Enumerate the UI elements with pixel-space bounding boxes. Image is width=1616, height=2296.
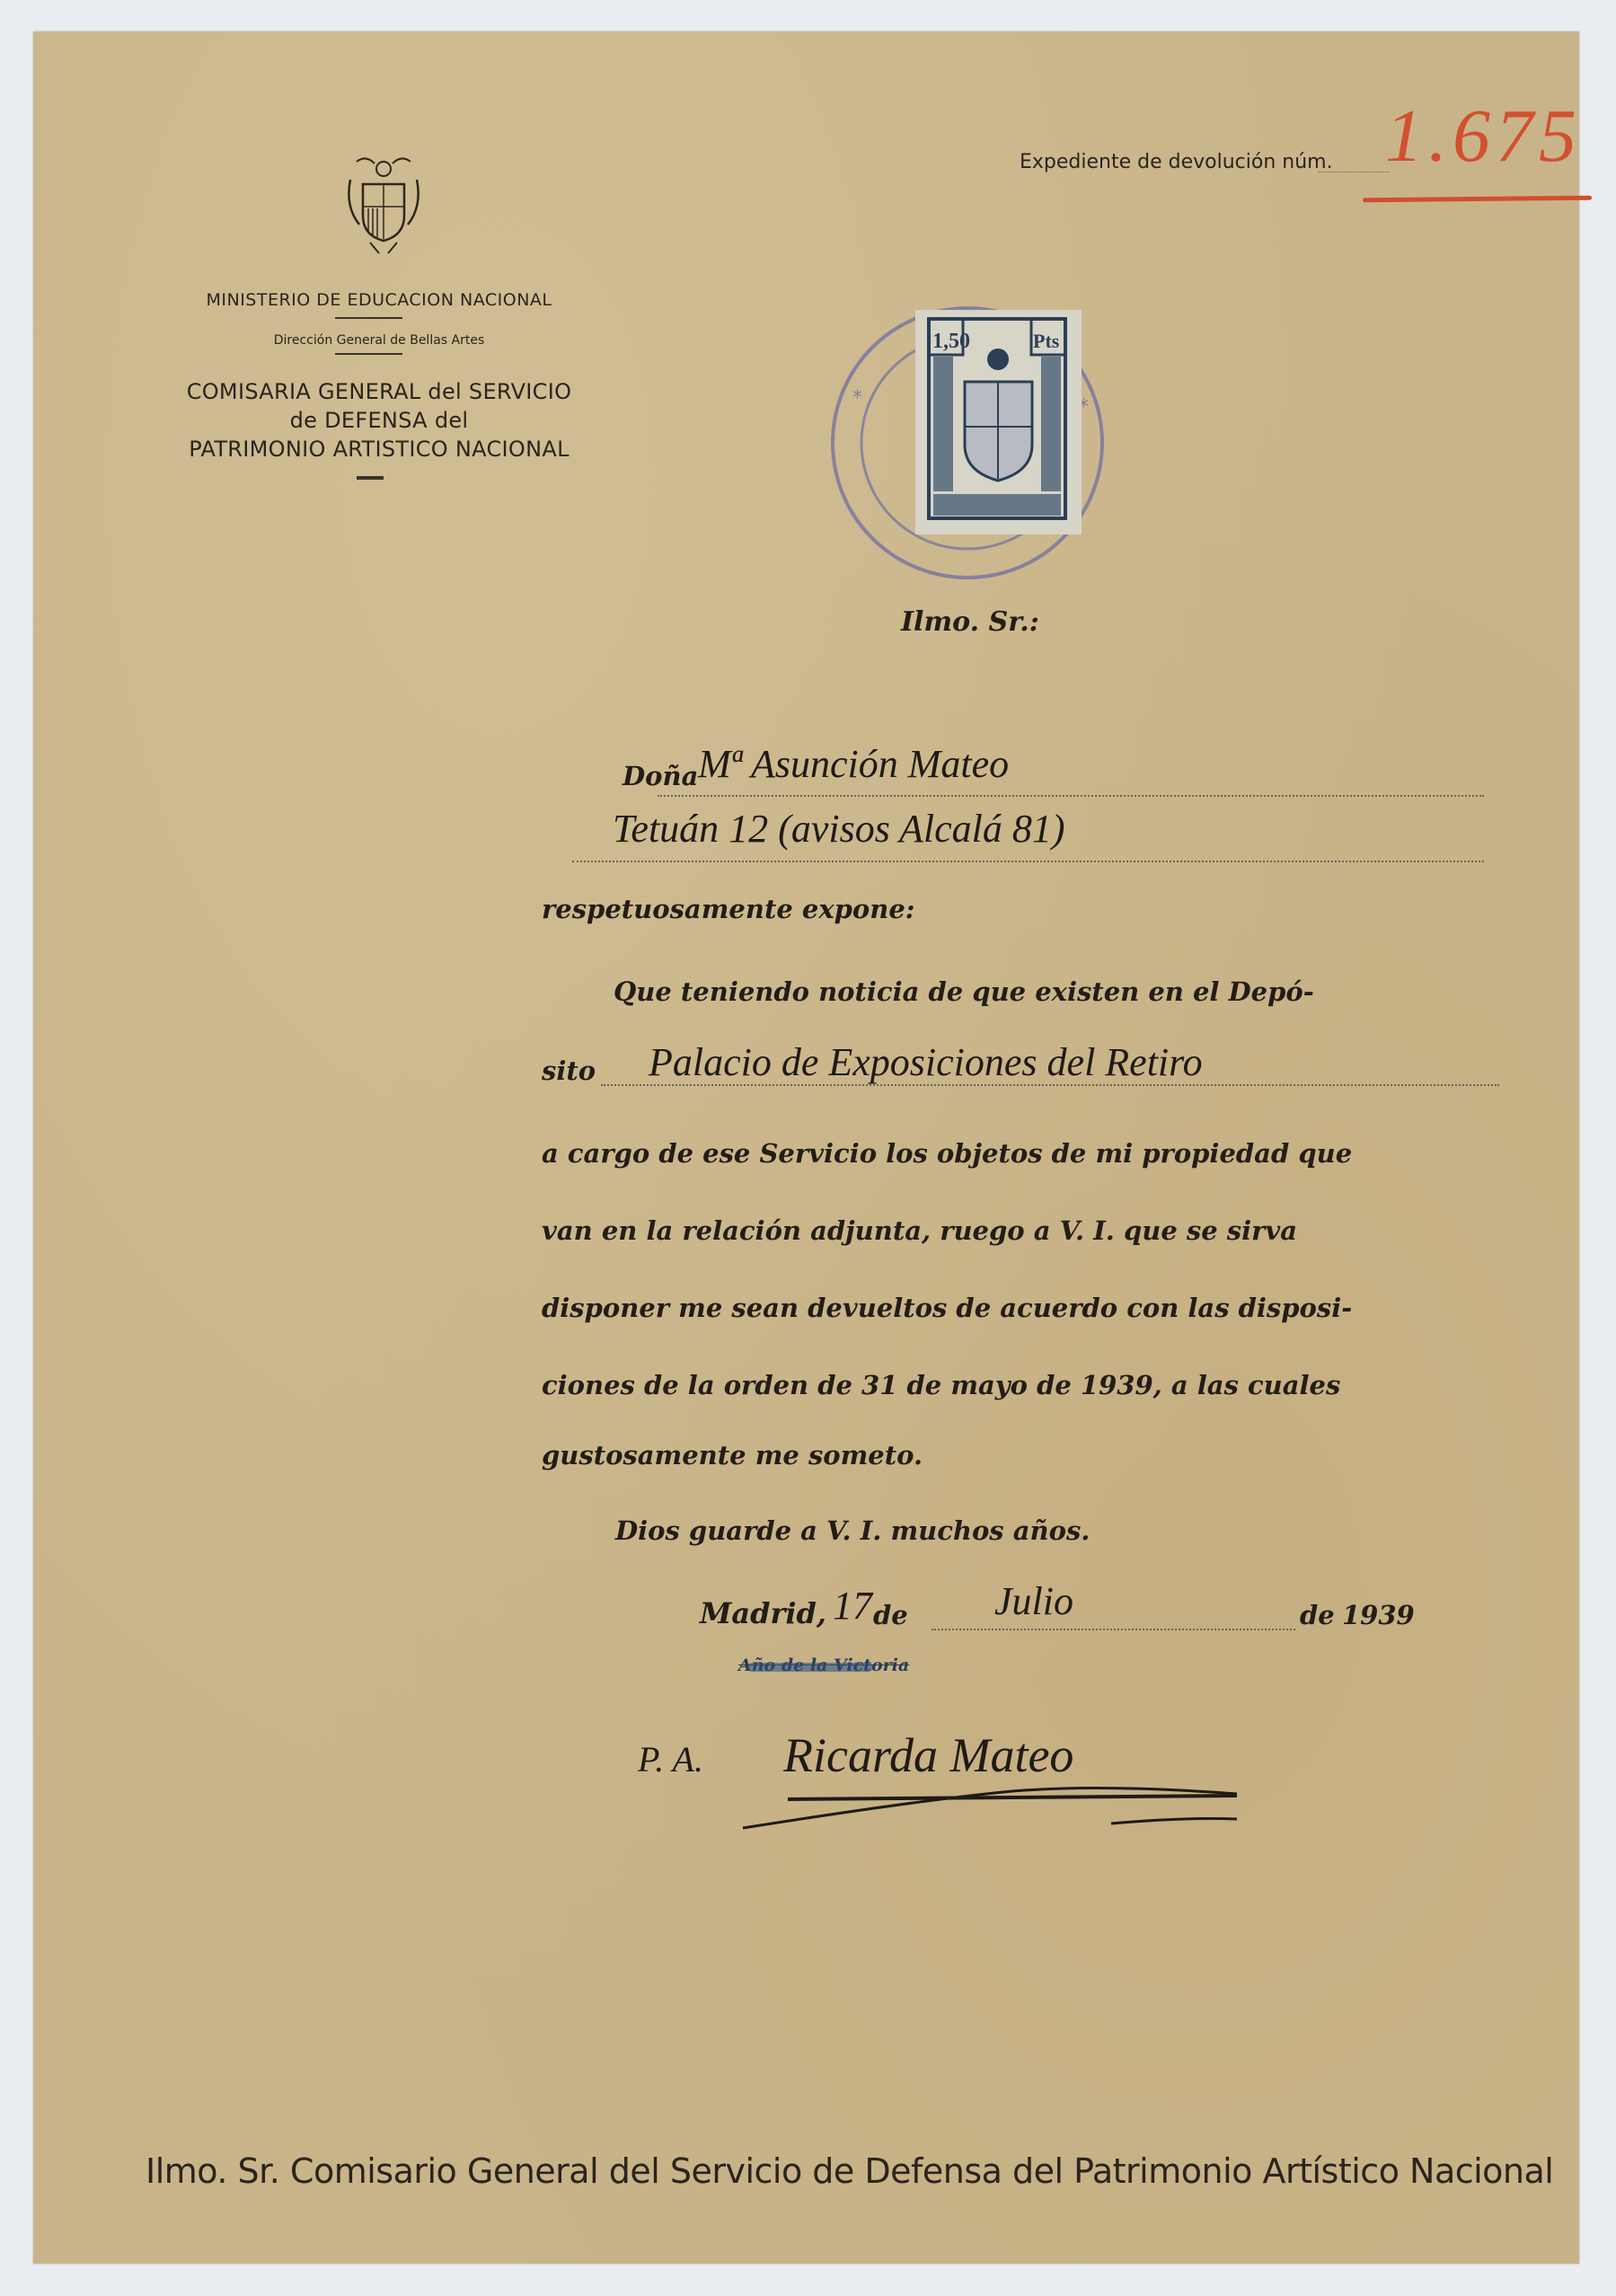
body-line-4: disponer me sean devueltos de acuerdo co… [542, 1293, 1352, 1323]
month-leader [932, 1629, 1295, 1630]
date-year: 1939 [1342, 1600, 1415, 1630]
commission-line-1: COMISARIA GENERAL del SERVICIO [168, 377, 590, 406]
divider [357, 476, 384, 480]
commission-heading: COMISARIA GENERAL del SERVICIO de DEFENS… [168, 377, 590, 464]
intro-text: respetuosamente expone: [542, 894, 915, 924]
applicant-prefix: Doña [623, 761, 698, 791]
deposit-value: Palacio de Exposiciones del Retiro [649, 1039, 1203, 1085]
commission-line-2: de DEFENSA del [168, 406, 590, 435]
ministry-heading: MINISTERIO DE EDUCACION NACIONAL [168, 290, 590, 310]
ink-strike [747, 1663, 873, 1672]
body-line-3: van en la relación adjunta, ruego a V. I… [542, 1215, 1297, 1246]
signature-flourish-icon [734, 1783, 1273, 1837]
directorate-heading: Dirección General de Bellas Artes [168, 333, 590, 348]
body-line-2: a cargo de ese Servicio los objetos de m… [542, 1138, 1352, 1169]
file-number-underline [1363, 196, 1592, 203]
applicant-address: Tetuán 12 (avisos Alcalá 81) [613, 806, 1065, 852]
name-leader [658, 795, 1484, 797]
coat-of-arms-icon [343, 153, 424, 256]
file-number-label: Expediente de devolución núm. [1020, 151, 1333, 173]
divider [335, 353, 402, 355]
deposit-prefix: sito [542, 1055, 596, 1086]
signature-prefix: P. A. [638, 1738, 703, 1780]
divider [335, 317, 402, 319]
document-page: MINISTERIO DE EDUCACION NACIONAL Direcci… [33, 31, 1579, 2264]
footer-addressee: Ilmo. Sr. Comisario General del Servicio… [146, 2151, 1553, 2191]
date-day: 17 [833, 1583, 872, 1629]
revenue-stamp-icon: * * 1,50 Pts [817, 292, 1122, 588]
date-de-2: de [1300, 1600, 1335, 1630]
closing-formula: Dios guarde a V. I. muchos años. [615, 1515, 1090, 1546]
address-leader [572, 861, 1484, 862]
salutation: Ilmo. Sr.: [901, 606, 1039, 638]
signature-name: Ricarda Mateo [783, 1727, 1073, 1783]
svg-text:Pts: Pts [1033, 330, 1060, 352]
file-number-leader [1318, 172, 1390, 172]
svg-text:*: * [852, 387, 862, 410]
svg-text:1,50: 1,50 [932, 330, 970, 353]
date-place: Madrid, [700, 1596, 826, 1630]
file-number: 1.675 [1385, 93, 1582, 180]
body-line-1: Que teniendo noticia de que existen en e… [614, 976, 1314, 1007]
body-line-6: gustosamente me someto. [542, 1440, 923, 1470]
body-line-5: ciones de la orden de 31 de mayo de 1939… [542, 1370, 1340, 1400]
commission-line-3: PATRIMONIO ARTISTICO NACIONAL [168, 435, 590, 464]
date-de-1: de [873, 1600, 908, 1630]
applicant-name: Mª Asunción Mateo [698, 741, 1009, 787]
date-month: Julio [994, 1578, 1073, 1624]
